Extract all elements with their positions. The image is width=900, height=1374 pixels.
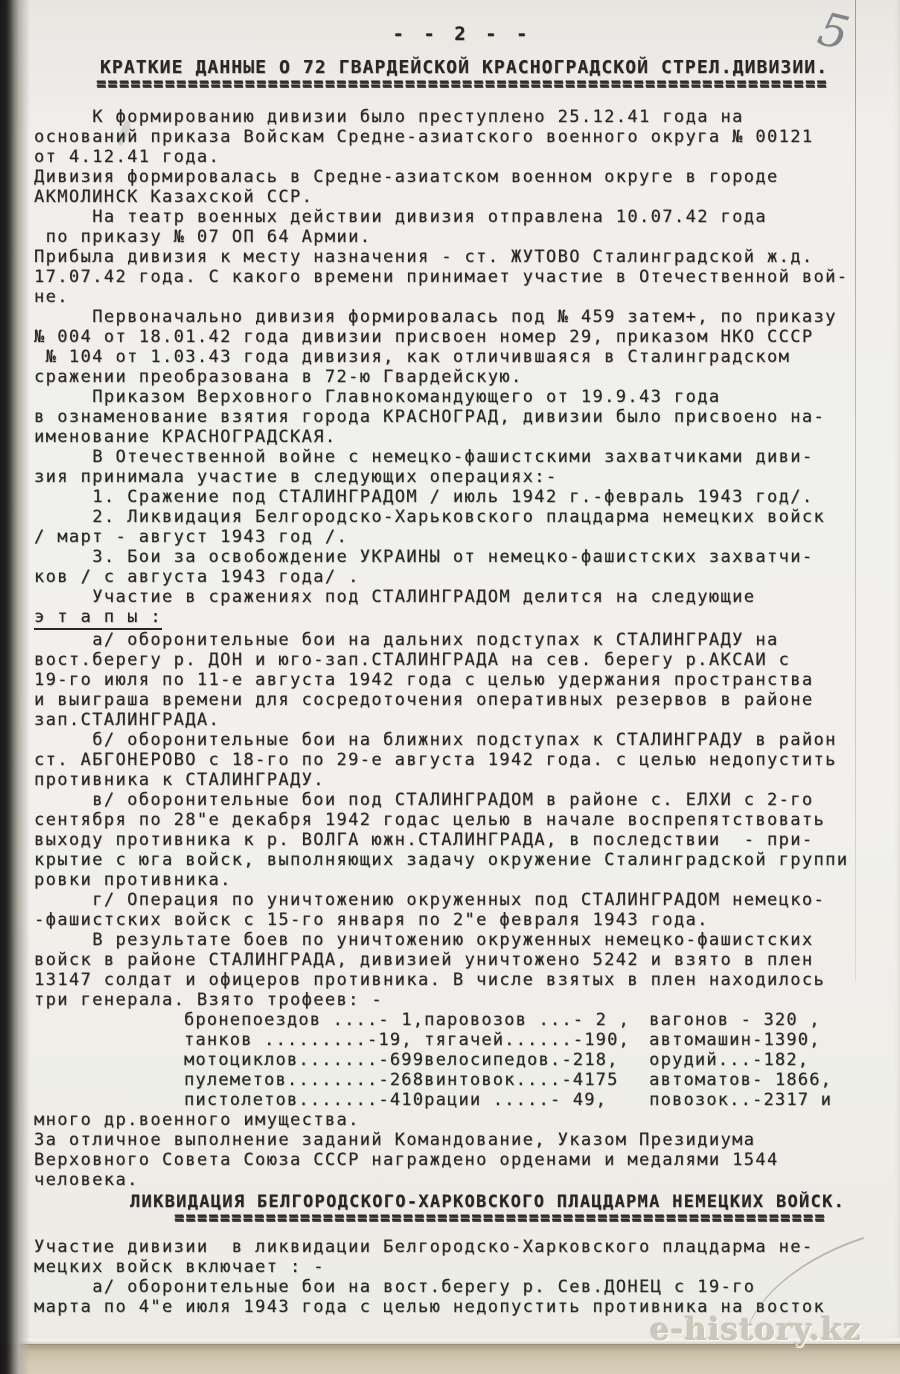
paragraph-renumbering: Первоначально дивизия формировалась под … (34, 307, 890, 387)
trophy-cell: паровозов ...- 2 , (424, 1010, 649, 1030)
paragraph-stage-g: г/ Операция по уничтожению окруженных по… (34, 890, 890, 930)
trophy-cell: винтовок....-4175 (424, 1070, 649, 1090)
stages-underlined-word: э т а п ы : (34, 607, 162, 630)
trophy-cell: автоматов- 1866, (649, 1070, 869, 1090)
trophy-cell: тягачей......-190, (424, 1030, 649, 1050)
watermark: e-history.kz (650, 1312, 862, 1348)
scan-binding-edge (0, 0, 30, 1374)
trophy-cell: автомашин-1390, (649, 1030, 869, 1050)
page-edge-line (855, 0, 856, 980)
paragraph-krasnograd-naming: Приказом Верховного Главнокомандующего о… (34, 387, 890, 447)
paragraph-awards: За отличное выполнение заданий Командова… (34, 1130, 890, 1190)
section-heading-underline-rule: ========================================… (174, 1212, 890, 1225)
trophy-row: пулеметов........-268 винтовок....-4175 … (184, 1070, 869, 1090)
paragraph-stage-a: а/ оборонительные бои на дальних подступ… (34, 630, 890, 730)
paragraph-results: В результате боев по уничтожению окружен… (34, 930, 890, 1010)
trophies-table: бронепоездов ....- 1, паровозов ...- 2 ,… (184, 1010, 869, 1110)
stages-intro-text: Участие в сражениях под СТАЛИНГРАДОМ дел… (34, 587, 755, 607)
page-number: - - 2 - - (34, 24, 890, 44)
list-item-operation-2: 2. Ликвидация Белгородско-Харьковского п… (34, 507, 890, 547)
document-text-column: - - 2 - - КРАТКИЕ ДАННЫЕ О 72 ГВАРДЕЙСКО… (34, 24, 890, 1317)
trophy-cell: бронепоездов ....- 1, (184, 1010, 424, 1030)
paragraph-stages-intro: Участие в сражениях под СТАЛИНГРАДОМ дел… (34, 587, 890, 630)
paragraph-departure: На театр военных действии дивизия отправ… (34, 207, 890, 307)
trophy-row: танков .........-19, тягачей......-190, … (184, 1030, 869, 1050)
scanned-document-page: - - 2 - - КРАТКИЕ ДАННЫЕ О 72 ГВАРДЕЙСКО… (0, 0, 900, 1374)
paragraph-stage-b: б/ оборонительные бои на ближних подступ… (34, 730, 890, 790)
trophy-cell: пулеметов........-268 (184, 1070, 424, 1090)
list-item-operation-3: 3. Бои за освобождение УКРАИНЫ от немецк… (34, 547, 890, 587)
trophy-cell: мотоциклов.......-699 (184, 1050, 424, 1070)
list-item-operation-1: 1. Сражение под СТАЛИНГРАДОМ / июль 1942… (34, 487, 890, 507)
paragraph-trophies-outro: много др.военного имущества. (34, 1110, 890, 1130)
trophy-cell: рации .....- 49, (424, 1090, 649, 1110)
trophy-row: пистолетов.......-410 рации .....- 49, п… (184, 1090, 869, 1110)
trophy-row: бронепоездов ....- 1, паровозов ...- 2 ,… (184, 1010, 869, 1030)
paragraph-liquidation-intro: Участие дивизии в ликвидации Белгородско… (34, 1237, 890, 1277)
trophy-cell: повозок..-2317 и (649, 1090, 869, 1110)
trophy-cell: вагонов - 320 , (649, 1010, 869, 1030)
paragraph-stage-v: в/ оборонительные бои под СТАЛИНГРАДОМ в… (34, 790, 890, 890)
paragraph-operations-intro: В Отечественной войне с немецко-фашистск… (34, 447, 890, 487)
trophy-cell: орудий...-182, (649, 1050, 869, 1070)
trophy-row: мотоциклов.......-699 велосипедов.-218, … (184, 1050, 869, 1070)
trophy-cell: пистолетов.......-410 (184, 1090, 424, 1110)
trophy-cell: танков .........-19, (184, 1030, 424, 1050)
trophy-cell: велосипедов.-218, (424, 1050, 649, 1070)
scan-background-bottom (0, 1345, 900, 1374)
title-underline-rule: ========================================… (96, 78, 890, 91)
paragraph-formation: К формированию дивизии было преступлено … (34, 107, 890, 207)
